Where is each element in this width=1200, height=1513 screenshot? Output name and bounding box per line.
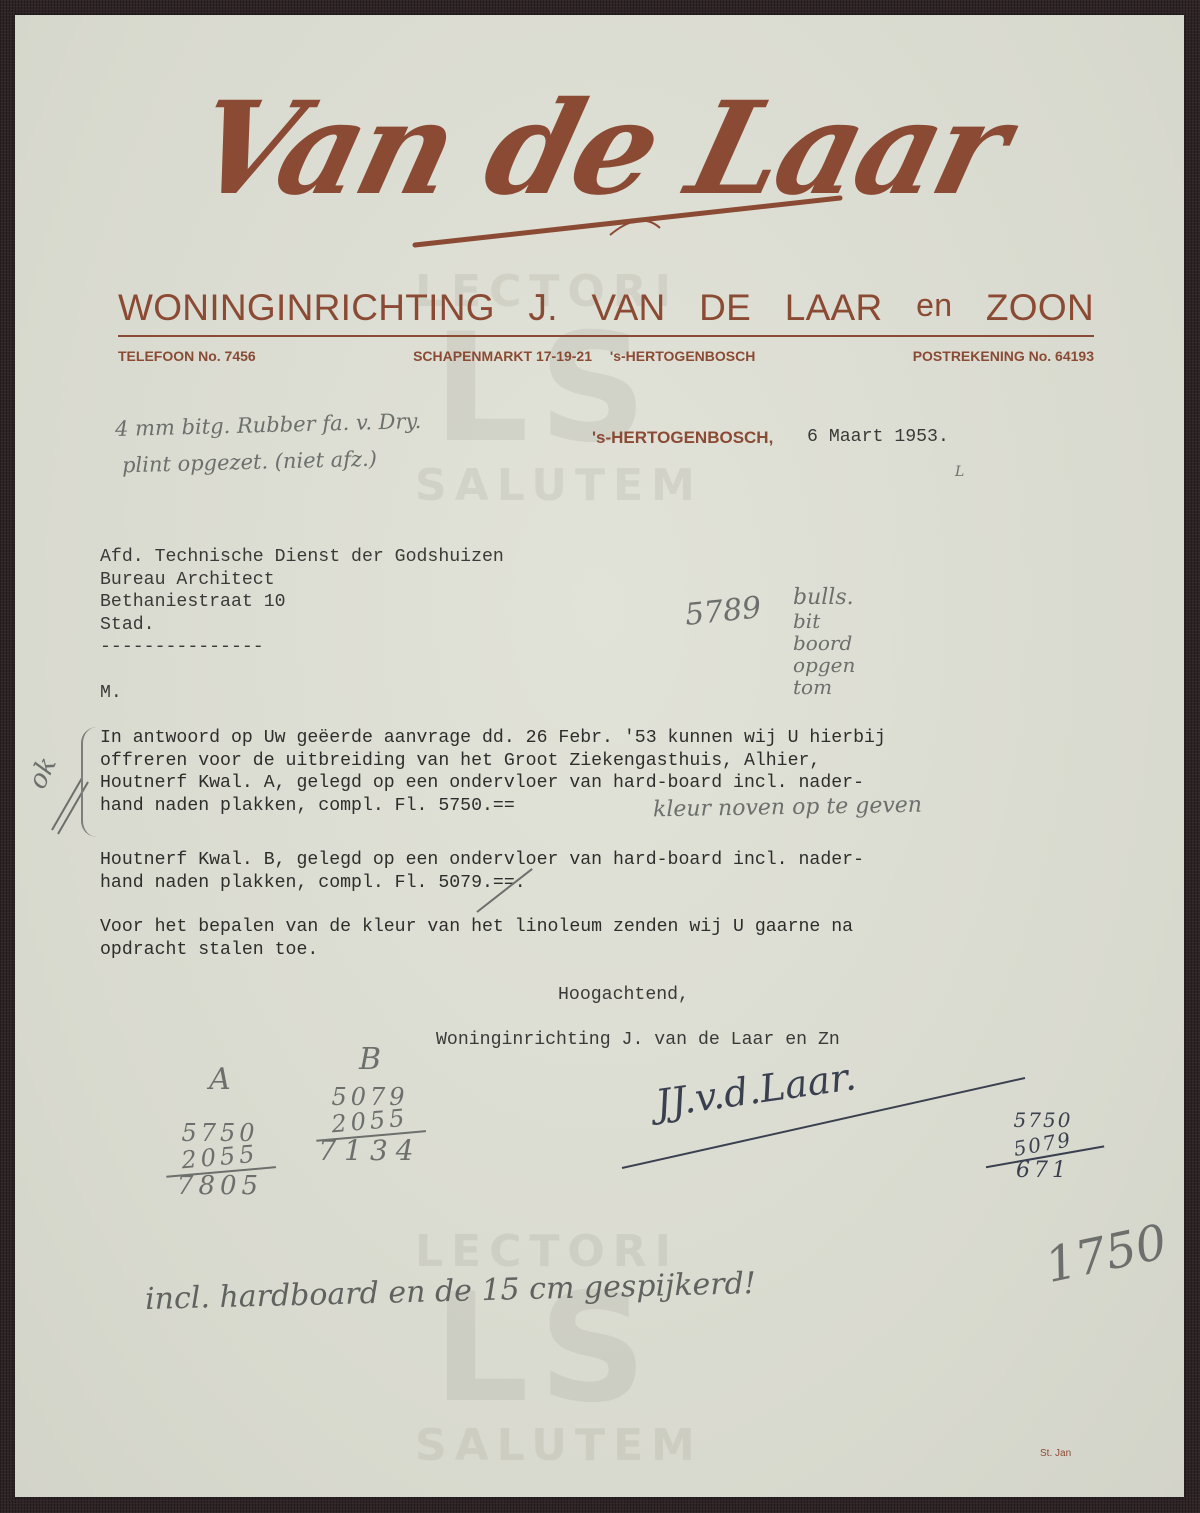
body-line: offreren voor de uitbreiding van het Gro… — [100, 750, 886, 773]
company-name: WONINGINRICHTING J. VAN DE LAAR en ZOON — [118, 287, 1094, 329]
pencil-calc-b: B 5079 2055 7134 — [315, 1045, 425, 1165]
closing-signatory: Woninginrichting J. van de Laar en Zn — [436, 1029, 840, 1052]
letterhead-divider — [118, 335, 1094, 337]
address-city: 's-HERTOGENBOSCH — [610, 348, 755, 364]
body-line: opdracht stalen toe. — [100, 939, 853, 962]
pencil-margin-strokes — [50, 765, 80, 835]
watermark-top-text: LECTORI — [415, 1230, 675, 1274]
body-line: In antwoord op Uw geëerde aanvrage dd. 2… — [100, 727, 886, 750]
pencil-note-words: bulls. bit boord opgen tom — [793, 587, 855, 697]
address-street: SCHAPENMARKT 17-19-21 — [413, 348, 592, 364]
letter-sheet: LECTORI LS SALUTEM LECTORI LS SALUTEM Va… — [15, 15, 1184, 1497]
recipient-underline: --------------- — [100, 636, 504, 659]
recipient-address: Afd. Technische Dienst der Godshuizen Bu… — [100, 546, 504, 659]
letterhead-contact-row: TELEFOON No. 7456 SCHAPENMARKT 17-19-21 … — [118, 348, 1094, 364]
body-line: hand naden plakken, compl. Fl. 5079.==. — [100, 872, 864, 895]
printer-mark: St. Jan — [1040, 1448, 1071, 1459]
body-line: Voor het bepalen van de kleur van het li… — [100, 916, 853, 939]
postal-account: POSTREKENING No. 64193 — [913, 348, 1094, 364]
pencil-note-number: 5789 — [684, 593, 763, 631]
body-paragraph-3: Voor het bepalen van de kleur van het li… — [100, 916, 853, 961]
recipient-line: Afd. Technische Dienst der Godshuizen — [100, 546, 504, 569]
recipient-line: Bethaniestraat 10 — [100, 591, 504, 614]
body-line: Houtnerf Kwal. A, gelegd op een ondervlo… — [100, 772, 886, 795]
pencil-bottom-note: incl. hardboard en de 15 cm gespijkerd! — [145, 1269, 757, 1315]
recipient-line: Stad. — [100, 614, 504, 637]
pencil-note-top-left-2: plint opgezet. (niet afz.) — [122, 449, 377, 477]
pencil-tick-mark: L — [955, 465, 964, 479]
body-paragraph-2: Houtnerf Kwal. B, gelegd op een ondervlo… — [100, 849, 864, 894]
watermark-bottom-text: SALUTEM — [415, 464, 675, 508]
pencil-calc-a: A 5750 2055 7805 — [165, 1065, 275, 1199]
pencil-big-number: 1750 — [1041, 1218, 1170, 1290]
pencil-bracket — [81, 727, 97, 837]
dateline-date: 6 Maart 1953. — [807, 426, 949, 449]
watermark-bottom-text: SALUTEM — [415, 1424, 675, 1468]
telephone: TELEFOON No. 7456 — [118, 348, 256, 364]
signature-underline — [620, 1073, 1030, 1173]
recipient-line: Bureau Architect — [100, 569, 504, 592]
salutation: M. — [100, 682, 122, 705]
closing-greeting: Hoogachtend, — [558, 984, 689, 1007]
watermark-lower: LECTORI LS SALUTEM — [415, 1230, 675, 1468]
dateline-place: 's-HERTOGENBOSCH, — [592, 428, 773, 448]
address: SCHAPENMARKT 17-19-21 's-HERTOGENBOSCH — [413, 348, 755, 364]
ink-calc-difference: 5750 5079 671 — [983, 1108, 1103, 1183]
pencil-inline-note: kleur noven op te geven — [653, 795, 922, 822]
body-line: Houtnerf Kwal. B, gelegd op een ondervlo… — [100, 849, 864, 872]
logo-swash-underline — [410, 190, 850, 250]
pencil-note-top-left-1: 4 mm bitg. Rubber fa. v. Dry. — [115, 411, 422, 440]
